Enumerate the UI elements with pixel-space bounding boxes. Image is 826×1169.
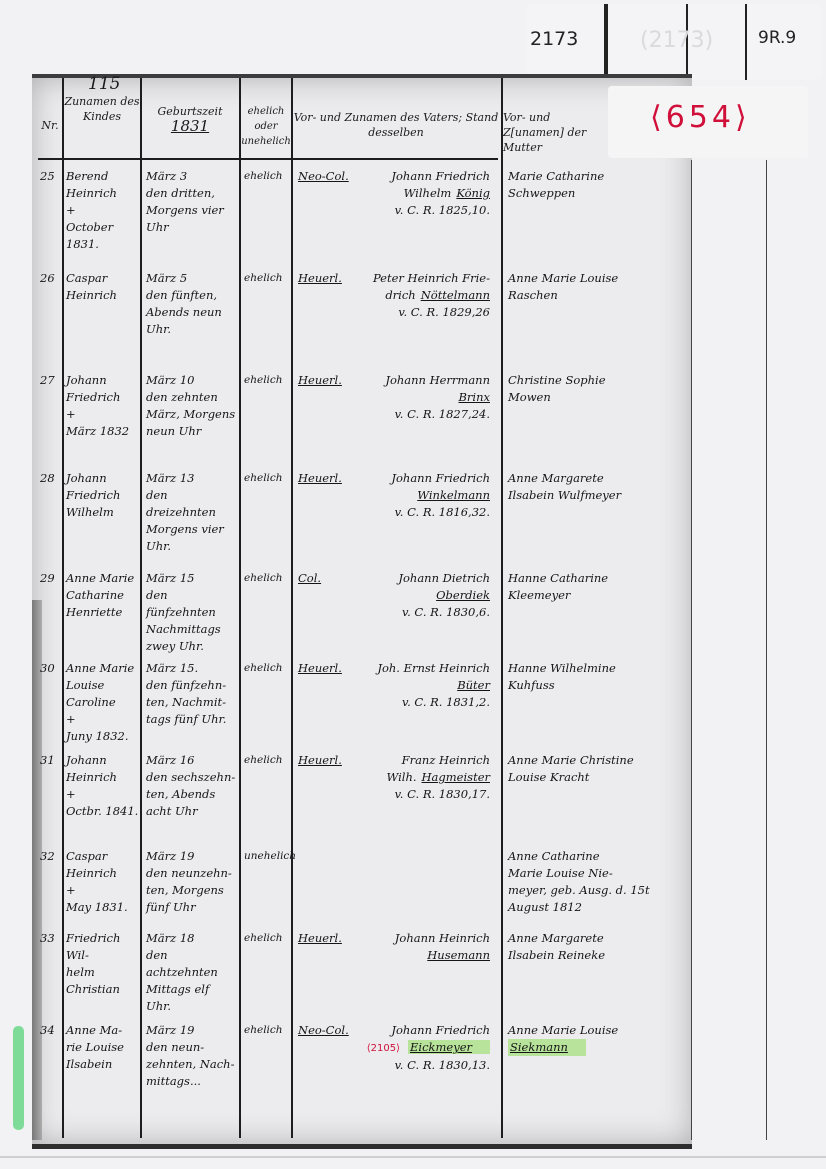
mother-surname: Mowen	[508, 389, 668, 406]
mother-info: Anne Catharine Marie Louise Nie-meyer, g…	[508, 848, 668, 916]
father-surname-line: Brinx	[298, 389, 498, 406]
entry-number: 31	[40, 752, 64, 769]
entry-number: 27	[40, 372, 64, 389]
legitimacy: unehelich	[244, 848, 292, 865]
child-name: Johann Friedrich + März 1832	[66, 372, 140, 440]
child-name: Berend Heinrich + October 1831.	[66, 168, 140, 253]
birth-time: März 15 den fünfzehnten Nachmittags zwey…	[146, 570, 238, 655]
father-middle-name: Wilh.	[386, 770, 416, 784]
mother-info: Marie CatharineSchweppen	[508, 168, 668, 202]
father-status: Heuerl.	[298, 470, 342, 487]
father-info: Heuerl.Johann HeinrichHusemann	[298, 930, 498, 964]
mother-first-names: Anne Margarete	[508, 470, 668, 487]
mother-first-names: Anne Margarete	[508, 930, 668, 947]
mother-surname: Schweppen	[508, 185, 668, 202]
mother-info: Anne MargareteIlsabein Wulfmeyer	[508, 470, 668, 504]
header-rule	[38, 158, 498, 160]
father-info: Heuerl.Johann FriedrichWinkelmannv. C. R…	[298, 470, 498, 521]
birth-time: März 15. den fünfzehn- ten, Nachmit- tag…	[146, 660, 238, 728]
entry-number: 26	[40, 270, 64, 287]
legitimacy: ehelich	[244, 270, 292, 287]
father-first-names: Peter Heinrich Frie-	[373, 271, 490, 285]
father-surname: Nöttelmann	[421, 288, 490, 302]
header-legitimacy: ehelich oder unehelich	[241, 104, 291, 149]
father-surname: Hagmeister	[422, 770, 490, 784]
father-first-names: Johann Friedrich	[391, 471, 490, 485]
father-surname: Oberdiek	[436, 588, 490, 602]
father-first-names: Franz Heinrich	[402, 753, 490, 767]
column-rule	[239, 78, 241, 1138]
entry-number: 33	[40, 930, 64, 947]
scan-bottom-edge	[0, 1156, 826, 1158]
father-surname-line: Oberdiek	[298, 587, 498, 604]
child-name: Johann Friedrich Wilhelm	[66, 470, 140, 521]
father-surname-line: Husemann	[298, 947, 498, 964]
legitimacy: ehelich	[244, 372, 292, 389]
mother-info: Anne MargareteIlsabein Reineke	[508, 930, 668, 964]
mother-surname: Siekmann	[508, 1039, 586, 1056]
father-surname: Eickmeyer	[408, 1040, 490, 1054]
mother-surname: meyer, geb. Ausg. d. 15t August 1812	[508, 882, 668, 916]
birth-time: März 10 den zehnten März, Morgens neun U…	[146, 372, 238, 440]
label-divider	[745, 4, 747, 80]
father-info: Heuerl.Peter Heinrich Frie-drichNöttelma…	[298, 270, 498, 321]
father-surname: Brinx	[458, 390, 490, 404]
header-birth-year: 1831	[171, 117, 209, 135]
father-first-line: Heuerl.Franz Heinrich	[298, 752, 498, 769]
father-status: Heuerl.	[298, 660, 342, 677]
red-reference-number: ⟨654⟩	[650, 100, 751, 135]
mother-surname: Kuhfuss	[508, 677, 668, 694]
mother-info: Anne Marie ChristineLouise Kracht	[508, 752, 668, 786]
father-first-line: Heuerl.Joh. Ernst Heinrich	[298, 660, 498, 677]
mother-surname: Louise Kracht	[508, 769, 668, 786]
birth-time: März 13 den dreizehnten Morgens vier Uhr…	[146, 470, 238, 555]
father-info: Heuerl.Franz HeinrichWilh.Hagmeisterv. C…	[298, 752, 498, 803]
mother-first-names: Marie Catharine	[508, 168, 668, 185]
entry-number: 29	[40, 570, 64, 587]
birth-time: März 3 den dritten, Morgens vier Uhr	[146, 168, 238, 236]
header-father: Vor- und Zunamen des Vaters; Stand desse…	[293, 110, 499, 140]
father-reference: v. C. R. 1830,6.	[298, 604, 498, 621]
child-name: Johann Heinrich + Octbr. 1841.	[66, 752, 140, 820]
mother-info: Hanne WilhelmineKuhfuss	[508, 660, 668, 694]
father-first-names: Johann Friedrich	[391, 169, 490, 183]
mother-info: Anne Marie LouiseSiekmann	[508, 1022, 668, 1056]
father-reference: v. C. R. 1816,32.	[298, 504, 498, 521]
legitimacy: ehelich	[244, 1022, 292, 1039]
mother-surname: Kleemeyer	[508, 587, 668, 604]
father-reference: v. C. R. 1830,13.	[298, 1057, 498, 1074]
child-name: Caspar Heinrich	[66, 270, 140, 304]
column-rule	[62, 78, 64, 1138]
legitimacy: ehelich	[244, 930, 292, 947]
birth-time: März 19 den neunzehn- ten, Morgens fünf …	[146, 848, 238, 916]
father-status: Col.	[298, 570, 321, 587]
label-divider	[604, 4, 608, 80]
father-surname-line: ⟨2105⟩Eickmeyer	[298, 1039, 498, 1057]
mother-first-names: Hanne Wilhelmine	[508, 660, 668, 677]
mother-surname: Ilsabein Wulfmeyer	[508, 487, 668, 504]
column-rule	[291, 78, 293, 1138]
birth-time: März 18 den achtzehnten Mittags elf Uhr.	[146, 930, 238, 1015]
child-name: Caspar Heinrich + May 1831.	[66, 848, 140, 916]
father-surname-line: Wilh.Hagmeister	[298, 769, 498, 786]
birth-time: März 16 den sechszehn- ten, Abends acht …	[146, 752, 238, 820]
red-annotation: ⟨2105⟩	[367, 1043, 400, 1054]
father-first-line: Heuerl.Johann Herrmann	[298, 372, 498, 389]
father-first-line: Heuerl.Johann Friedrich	[298, 470, 498, 487]
birth-time: März 19 den neun- zehnten, Nach- mittags…	[146, 1022, 238, 1090]
father-first-line: Heuerl.Johann Heinrich	[298, 930, 498, 947]
father-first-line: Neo-Col.Johann Friedrich	[298, 1022, 498, 1039]
mother-first-names: Anne Marie Louise	[508, 1022, 668, 1039]
page-edge-shadow	[32, 600, 42, 1140]
father-first-names: Joh. Ernst Heinrich	[377, 661, 490, 675]
child-name: Anne Ma- rie Louise Ilsabein	[66, 1022, 140, 1073]
father-middle-name: drich	[385, 288, 415, 302]
header-child-name: Zunamen des Kindes	[64, 94, 140, 124]
header-birth-time: Geburtszeit 1831	[142, 104, 238, 135]
father-reference: v. C. R. 1830,17.	[298, 786, 498, 803]
father-reference: v. C. R. 1825,10.	[298, 202, 498, 219]
column-rule	[140, 78, 142, 1138]
mother-info: Christine SophieMowen	[508, 372, 668, 406]
father-info: Neo-Col.Johann Friedrich⟨2105⟩Eickmeyerv…	[298, 1022, 498, 1074]
mother-first-names: Christine Sophie	[508, 372, 668, 389]
page-number: 115	[88, 74, 120, 94]
birth-time: März 5 den fünften, Abends neun Uhr.	[146, 270, 238, 338]
father-surname-line: WilhelmKönig	[298, 185, 498, 202]
legitimacy: ehelich	[244, 752, 292, 769]
father-surname: Büter	[457, 678, 490, 692]
father-info: Heuerl.Johann HerrmannBrinxv. C. R. 1827…	[298, 372, 498, 423]
entry-number: 34	[40, 1022, 64, 1039]
father-surname-line: Winkelmann	[298, 487, 498, 504]
header-number: Nr.	[38, 118, 62, 133]
father-info: Neo-Col.Johann FriedrichWilhelmKönigv. C…	[298, 168, 498, 219]
father-first-names: Johann Dietrich	[398, 571, 490, 585]
mother-info: Anne Marie LouiseRaschen	[508, 270, 668, 304]
column-rule	[501, 78, 503, 1138]
father-info: Col.Johann DietrichOberdiekv. C. R. 1830…	[298, 570, 498, 621]
legitimacy: ehelich	[244, 168, 292, 185]
entry-number: 25	[40, 168, 64, 185]
father-surname: Husemann	[427, 948, 490, 962]
father-first-line: Neo-Col.Johann Friedrich	[298, 168, 498, 185]
father-surname-line: drichNöttelmann	[298, 287, 498, 304]
child-name: Friedrich Wil- helm Christian	[66, 930, 140, 998]
mother-first-names: Hanne Catharine	[508, 570, 668, 587]
father-surname-line: Büter	[298, 677, 498, 694]
mother-surname: Ilsabein Reineke	[508, 947, 668, 964]
entry-number: 30	[40, 660, 64, 677]
father-reference: v. C. R. 1827,24.	[298, 406, 498, 423]
mother-first-names: Anne Catharine Marie Louise Nie-	[508, 848, 668, 882]
father-surname: König	[456, 186, 490, 200]
father-info: Heuerl.Joh. Ernst HeinrichBüterv. C. R. …	[298, 660, 498, 711]
father-status: Heuerl.	[298, 930, 342, 947]
mother-surname: Raschen	[508, 287, 668, 304]
father-reference: v. C. R. 1831,2.	[298, 694, 498, 711]
father-surname-line	[298, 848, 498, 865]
child-name: Anne Marie Catharine Henriette	[66, 570, 140, 621]
column-rule	[691, 160, 692, 1140]
father-middle-name: Wilhelm	[404, 186, 452, 200]
header-mother: Vor- und Z[unamen] der Mutter	[503, 110, 603, 155]
legitimacy: ehelich	[244, 570, 292, 587]
father-status: Heuerl.	[298, 752, 342, 769]
column-rule	[766, 160, 767, 1140]
father-status: Heuerl.	[298, 372, 342, 389]
child-name: Anne Marie Louise Caroline + Juny 1832.	[66, 660, 140, 745]
margin-highlighter-mark	[13, 1026, 24, 1130]
father-first-line: Col.Johann Dietrich	[298, 570, 498, 587]
father-first-names: Johann Friedrich	[391, 1023, 490, 1037]
father-status: Neo-Col.	[298, 168, 349, 185]
entry-number: 32	[40, 848, 64, 865]
father-first-line: Heuerl.Peter Heinrich Frie-	[298, 270, 498, 287]
mother-info: Hanne CatharineKleemeyer	[508, 570, 668, 604]
father-info	[298, 848, 498, 865]
entry-number: 28	[40, 470, 64, 487]
father-reference: v. C. R. 1829,26	[298, 304, 498, 321]
father-first-names: Johann Herrmann	[385, 373, 490, 387]
legitimacy: ehelich	[244, 470, 292, 487]
mother-first-names: Anne Marie Louise	[508, 270, 668, 287]
father-status: Heuerl.	[298, 270, 342, 287]
mother-first-names: Anne Marie Christine	[508, 752, 668, 769]
father-first-names: Johann Heinrich	[395, 931, 490, 945]
father-surname: Winkelmann	[417, 488, 490, 502]
legitimacy: ehelich	[244, 660, 292, 677]
father-status: Neo-Col.	[298, 1022, 349, 1039]
